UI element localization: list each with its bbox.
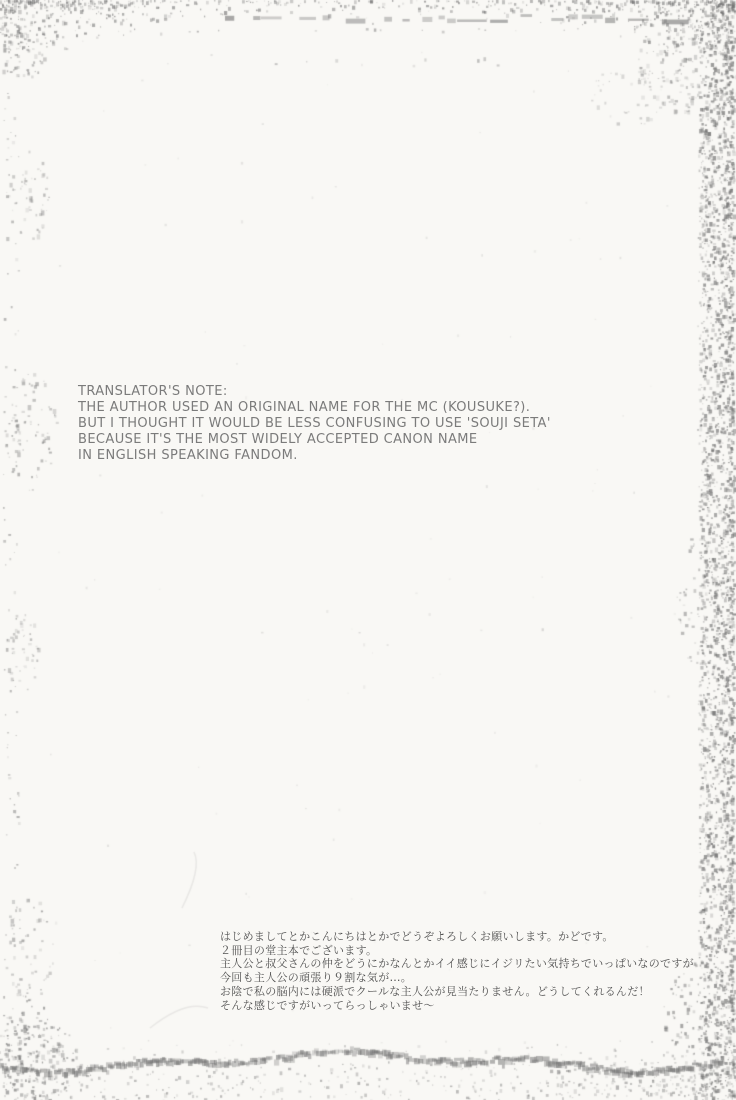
afterword-line: はじめましてとかこんにちはとかでどうぞよろしくお願いします。かどです。 (220, 930, 694, 944)
afterword-line: お陰で私の脳内には硬派でクールな主人公が見当たりません。どうしてくれるんだ！ (220, 985, 694, 999)
translators-note: TRANSLATOR'S NOTE: THE AUTHOR USED AN OR… (78, 384, 551, 464)
afterword-line: そんな感じですがいってらっしゃいませ～ (220, 999, 694, 1013)
afterword-line: ２冊目の堂主本でございます。 (220, 944, 694, 958)
author-afterword: はじめましてとかこんにちはとかでどうぞよろしくお願いします。かどです。 ２冊目の… (220, 930, 694, 1012)
scanned-page: TRANSLATOR'S NOTE: THE AUTHOR USED AN OR… (0, 0, 736, 1100)
afterword-line: 今回も主人公の頑張り９割な気が…。 (220, 971, 694, 985)
note-line: BUT I THOUGHT IT WOULD BE LESS CONFUSING… (78, 416, 551, 432)
note-line: BECAUSE IT'S THE MOST WIDELY ACCEPTED CA… (78, 432, 551, 448)
note-line: IN ENGLISH SPEAKING FANDOM. (78, 448, 551, 464)
note-line: TRANSLATOR'S NOTE: (78, 384, 551, 400)
afterword-line: 主人公と叔父さんの仲をどうにかなんとかイイ感じにイジリたい気持ちでいっぱいなので… (220, 957, 694, 971)
note-line: THE AUTHOR USED AN ORIGINAL NAME FOR THE… (78, 400, 551, 416)
